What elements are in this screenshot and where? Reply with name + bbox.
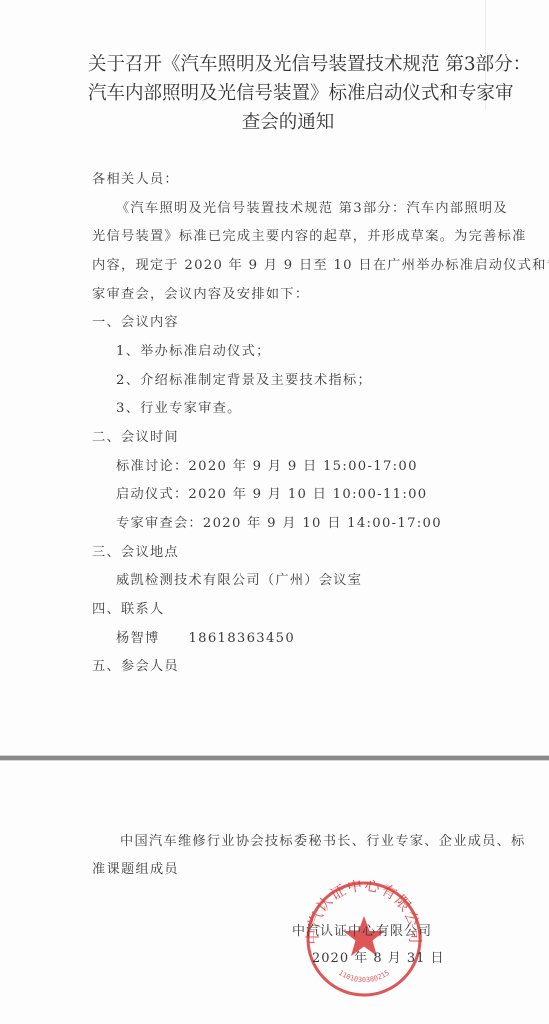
section-heading-attendees: 五、参会人员 (92, 655, 179, 674)
intro-line-2: 光信号装置》标准已完成主要内容的起草，并形成草案。为完善标准 (92, 225, 527, 244)
signature-date: 2020 年 8 月 31 日 (312, 947, 445, 966)
document-title: 关于召开《汽车照明及光信号装置技术规范 第3部分： 汽车内部照明及光信号装置》标… (88, 50, 488, 137)
official-seal-icon: 中汽认证中心有限公司 1101030380215 (305, 880, 423, 998)
content-item-2: 2、介绍标准制定背景及主要技术指标； (116, 369, 372, 388)
title-line-1: 关于召开《汽车照明及光信号装置技术规范 第3部分： (88, 50, 488, 79)
intro-line-1: 《汽车照明及光信号装置技术规范 第3部分：汽车内部照明及 (116, 197, 508, 216)
time-item-3: 专家审查会：2020 年 9 月 10 日 14:00-17:00 (116, 512, 442, 531)
section-heading-location: 三、会议地点 (92, 541, 179, 560)
signature-organization: 中汽认证中心有限公司 (292, 920, 432, 939)
attendees-line-2: 准课题组成员 (92, 858, 179, 877)
content-item-1: 1、举办标准启动仪式； (116, 340, 271, 359)
content-item-3: 3、行业专家审查。 (116, 397, 242, 416)
time-item-2: 启动仪式：2020 年 9 月 10 日 10:00-11:00 (116, 483, 427, 502)
contact-name: 杨智博 (116, 631, 159, 646)
section-heading-time: 二、会议时间 (92, 426, 179, 445)
title-line-3: 查会的通知 (88, 108, 488, 137)
intro-line-4: 家审查会，会议内容及安排如下： (92, 283, 309, 302)
location-value: 威凯检测技术有限公司（广州）会议室 (116, 569, 362, 588)
title-line-2: 汽车内部照明及光信号装置》标准启动仪式和专家审 (88, 79, 488, 108)
salutation: 各相关人员： (92, 168, 179, 187)
section-heading-content: 一、会议内容 (92, 311, 179, 330)
time-item-1: 标准讨论：2020 年 9 月 9 日 15:00-17:00 (116, 455, 418, 474)
attendees-line-1: 中国汽车维修行业协会技标委秘书长、行业专家、企业成员、标 (120, 830, 526, 849)
section-heading-contact: 四、联系人 (92, 598, 164, 617)
document-page-2 (0, 761, 549, 1024)
svg-text:1101030380215: 1101030380215 (337, 969, 391, 984)
document-page-1: 关于召开《汽车照明及光信号装置技术规范 第3部分： 汽车内部照明及光信号装置》标… (0, 0, 549, 755)
intro-line-3: 内容，现定于 2020 年 9 月 9 日至 10 日在广州举办标准启动仪式和专 (92, 254, 549, 273)
contact-phone: 18618363450 (188, 631, 295, 646)
contact-row: 杨智博 18618363450 (116, 627, 295, 646)
